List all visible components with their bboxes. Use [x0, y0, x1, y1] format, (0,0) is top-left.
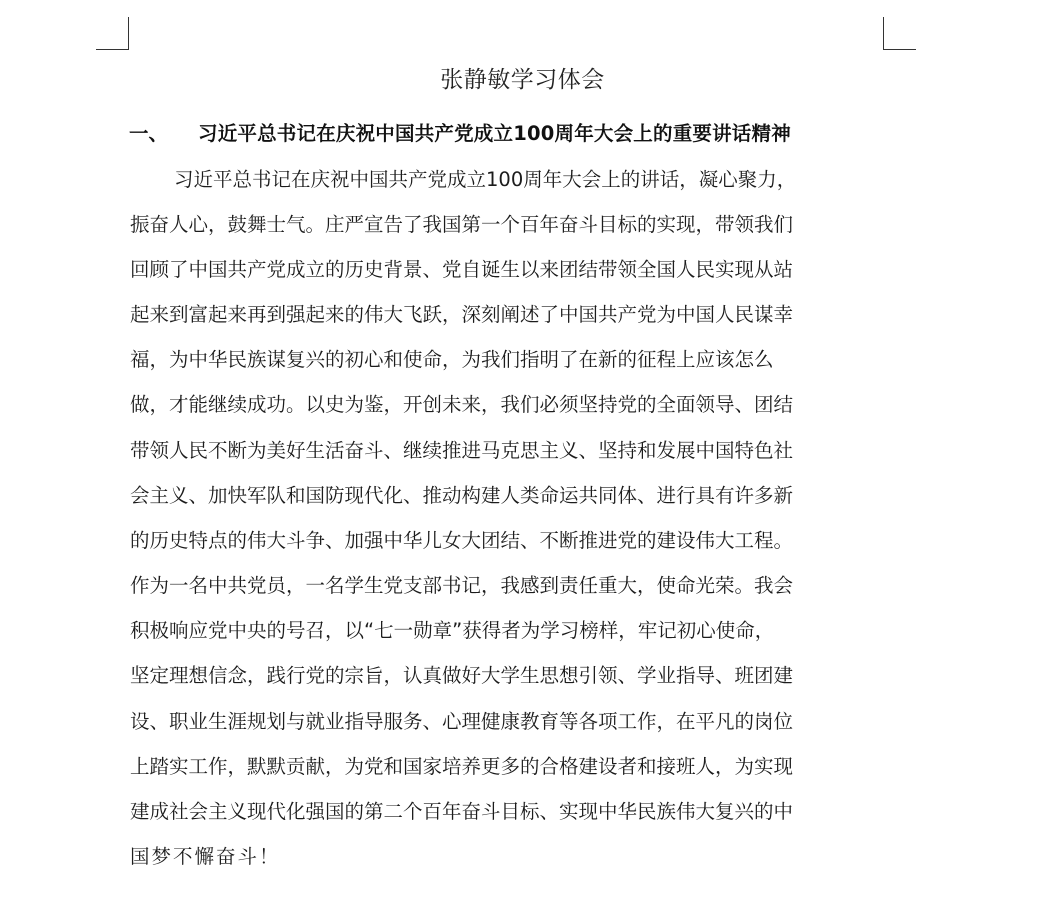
- paragraph-line: 振奋人心，鼓舞士气。庄严宣告了我国第一个百年奋斗目标的实现，带领我们: [130, 209, 882, 241]
- paragraph-line: 习近平总书记在庆祝中国共产党成立100周年大会上的讲话，凝心聚力，: [174, 164, 882, 196]
- paragraph-line: 福，为中华民族谋复兴的初心和使命，为我们指明了在新的征程上应该怎么: [130, 344, 882, 376]
- paragraph-line: 做，才能继续成功。以史为鉴，开创未来，我们必须坚持党的全面领导、团结: [130, 389, 882, 421]
- paragraph-line: 坚定理想信念，践行党的宗旨，认真做好大学生思想引领、学业指导、班团建: [130, 660, 882, 692]
- paragraph-line: 的历史特点的伟大斗争、加强中华儿女大团结、不断推进党的建设伟大工程。: [130, 525, 882, 557]
- paragraph-line: 建成社会主义现代化强国的第二个百年奋斗目标、实现中华民族伟大复兴的中: [130, 796, 882, 828]
- section-heading: 习近平总书记在庆祝中国共产党成立100周年大会上的重要讲话精神: [198, 119, 848, 149]
- paragraph-line: 回顾了中国共产党成立的历史背景、党自诞生以来团结带领全国人民实现从站: [130, 254, 882, 286]
- document-title: 张静敏学习体会: [0, 64, 1045, 96]
- paragraph-line: 带领人民不断为美好生活奋斗、继续推进马克思主义、坚持和发展中国特色社: [130, 435, 882, 467]
- top-right-margin-mark: [883, 17, 916, 50]
- paragraph-line: 积极响应党中央的号召，以“七一勋章”获得者为学习榜样，牢记初心使命，: [130, 615, 882, 647]
- paragraph-line: 设、职业生涯规划与就业指导服务、心理健康教育等各项工作，在平凡的岗位: [130, 706, 882, 738]
- paragraph-line: 作为一名中共党员，一名学生党支部书记，我感到责任重大，使命光荣。我会: [130, 570, 882, 602]
- paragraph-line: 起来到富起来再到强起来的伟大飞跃，深刻阐述了中国共产党为中国人民谋幸: [130, 299, 882, 331]
- top-left-margin-mark: [96, 17, 129, 50]
- paragraph-line: 会主义、加快军队和国防现代化、推动构建人类命运共同体、进行具有许多新: [130, 480, 882, 512]
- section-number: 一、: [129, 119, 189, 149]
- paragraph-line: 上踏实工作，默默贡献，为党和国家培养更多的合格建设者和接班人，为实现: [130, 751, 882, 783]
- document-page[interactable]: 张静敏学习体会 一、 习近平总书记在庆祝中国共产党成立100周年大会上的重要讲话…: [0, 0, 1045, 910]
- paragraph-line: 国梦不懈奋斗！: [130, 841, 281, 873]
